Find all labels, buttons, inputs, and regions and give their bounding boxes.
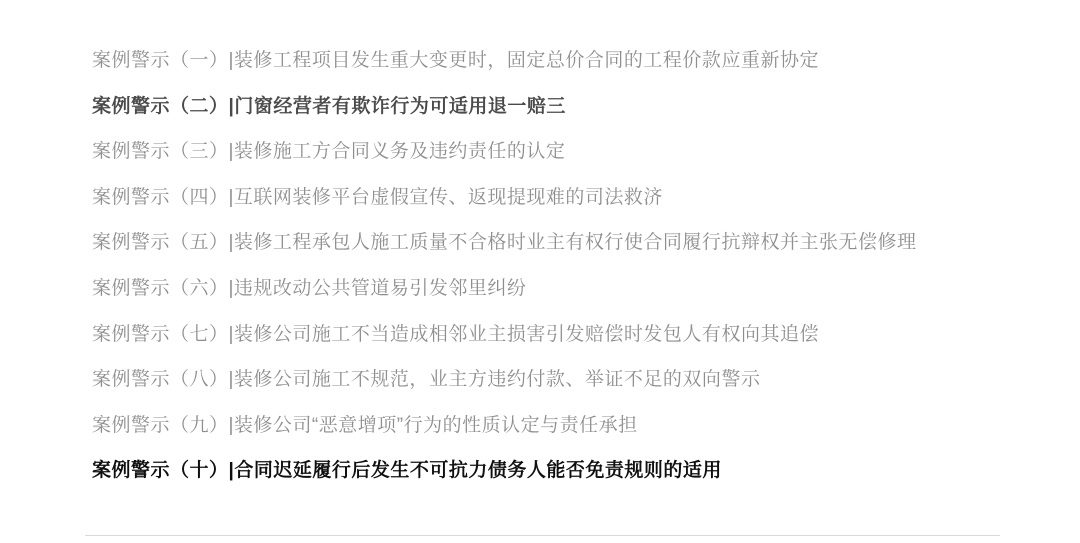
case-item-5[interactable]: 案例警示（五）|装修工程承包人施工质量不合格时业主有权行使合同履行抗辩权并主张无… [92, 220, 1040, 266]
case-item-7[interactable]: 案例警示（七）|装修公司施工不当造成相邻业主损害引发赔偿时发包人有权向其追偿 [92, 312, 1040, 358]
case-item-3[interactable]: 案例警示（三）|装修施工方合同义务及违约责任的认定 [92, 129, 1040, 175]
case-item-9[interactable]: 案例警示（九）|装修公司“恶意增项”行为的性质认定与责任承担 [92, 403, 1040, 449]
case-item-8[interactable]: 案例警示（八）|装修公司施工不规范，业主方违约付款、举证不足的双向警示 [92, 357, 1040, 403]
case-warning-list: 案例警示（一）|装修工程项目发生重大变更时，固定总价合同的工程价款应重新协定 案… [92, 38, 1040, 494]
case-item-1[interactable]: 案例警示（一）|装修工程项目发生重大变更时，固定总价合同的工程价款应重新协定 [92, 38, 1040, 84]
case-item-10[interactable]: 案例警示（十）|合同迟延履行后发生不可抗力债务人能否免责规则的适用 [92, 448, 1040, 494]
case-item-2[interactable]: 案例警示（二）|门窗经营者有欺诈行为可适用退一赔三 [92, 84, 1040, 130]
case-item-6[interactable]: 案例警示（六）|违规改动公共管道易引发邻里纠纷 [92, 266, 1040, 312]
case-item-4[interactable]: 案例警示（四）|互联网装修平台虚假宣传、返现提现难的司法救济 [92, 175, 1040, 221]
bottom-divider [85, 535, 1000, 536]
